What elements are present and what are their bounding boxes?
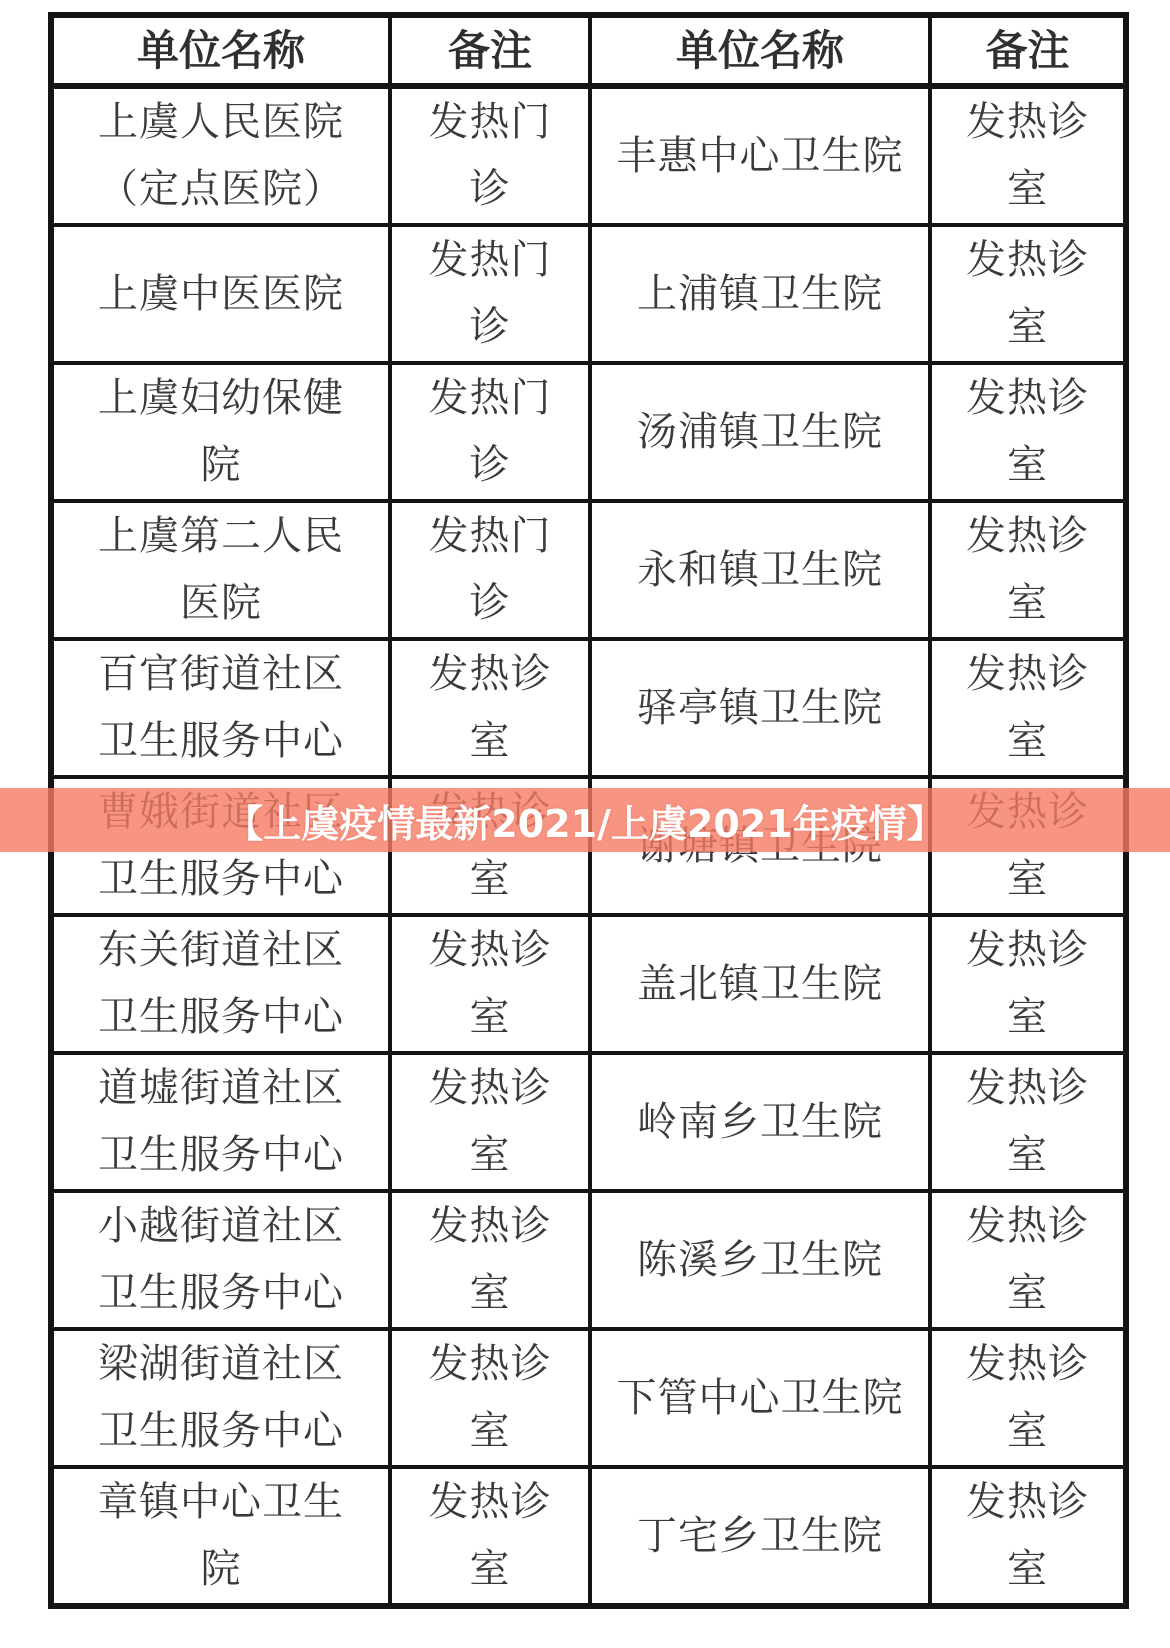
- unit-name-cell: 章镇中心卫生 院: [51, 1467, 390, 1606]
- unit-name-cell: 上虞第二人民 医院: [51, 501, 390, 639]
- unit-name-cell: 百官街道社区 卫生服务中心: [51, 639, 390, 777]
- unit-name-cell: 下管中心卫生院: [590, 1329, 930, 1467]
- unit-name-cell: 梁湖街道社区 卫生服务中心: [51, 1329, 390, 1467]
- remark-cell: 发热诊 室: [390, 639, 590, 777]
- watermark-title: 【上虞疫情最新2021/上虞2021年疫情】: [225, 793, 944, 848]
- remark-cell: 发热诊 室: [390, 1467, 590, 1606]
- table-row: 梁湖街道社区 卫生服务中心 发热诊 室 下管中心卫生院 发热诊 室: [51, 1329, 1126, 1467]
- unit-name-cell: 丰惠中心卫生院: [590, 86, 930, 225]
- unit-name-cell: 永和镇卫生院: [590, 501, 930, 639]
- unit-name-cell: 盖北镇卫生院: [590, 915, 930, 1053]
- remark-cell: 发热诊 室: [930, 915, 1126, 1053]
- unit-name-cell: 岭南乡卫生院: [590, 1053, 930, 1191]
- remark-cell: 发热诊 室: [930, 86, 1126, 225]
- header-remark-left: 备注: [390, 15, 590, 86]
- unit-name-cell: 上虞妇幼保健 院: [51, 363, 390, 501]
- remark-cell: 发热诊 室: [390, 1329, 590, 1467]
- table-row: 上虞第二人民 医院 发热门 诊 永和镇卫生院 发热诊 室: [51, 501, 1126, 639]
- remark-cell: 发热诊 室: [930, 501, 1126, 639]
- remark-cell: 发热诊 室: [390, 1053, 590, 1191]
- remark-cell: 发热诊 室: [930, 639, 1126, 777]
- unit-name-cell: 上虞中医医院: [51, 225, 390, 363]
- remark-cell: 发热门 诊: [390, 363, 590, 501]
- remark-cell: 发热诊 室: [930, 1191, 1126, 1329]
- unit-name-cell: 陈溪乡卫生院: [590, 1191, 930, 1329]
- table-header-row: 单位名称 备注 单位名称 备注: [51, 15, 1126, 86]
- remark-cell: 发热门 诊: [390, 501, 590, 639]
- watermark-banner: 【上虞疫情最新2021/上虞2021年疫情】: [0, 788, 1170, 852]
- table-row: 道墟街道社区 卫生服务中心 发热诊 室 岭南乡卫生院 发热诊 室: [51, 1053, 1126, 1191]
- remark-cell: 发热门 诊: [390, 225, 590, 363]
- unit-name-cell: 驿亭镇卫生院: [590, 639, 930, 777]
- remark-cell: 发热诊 室: [390, 1191, 590, 1329]
- unit-name-cell: 上浦镇卫生院: [590, 225, 930, 363]
- table-row: 上虞人民医院 （定点医院） 发热门 诊 丰惠中心卫生院 发热诊 室: [51, 86, 1126, 225]
- remark-cell: 发热诊 室: [930, 1467, 1126, 1606]
- unit-name-cell: 小越街道社区 卫生服务中心: [51, 1191, 390, 1329]
- table-row: 上虞中医医院 发热门 诊 上浦镇卫生院 发热诊 室: [51, 225, 1126, 363]
- unit-name-cell: 汤浦镇卫生院: [590, 363, 930, 501]
- table-row: 东关街道社区 卫生服务中心 发热诊 室 盖北镇卫生院 发热诊 室: [51, 915, 1126, 1053]
- remark-cell: 发热诊 室: [930, 363, 1126, 501]
- unit-name-cell: 道墟街道社区 卫生服务中心: [51, 1053, 390, 1191]
- remark-cell: 发热诊 室: [930, 1329, 1126, 1467]
- table-row: 百官街道社区 卫生服务中心 发热诊 室 驿亭镇卫生院 发热诊 室: [51, 639, 1126, 777]
- table-row: 上虞妇幼保健 院 发热门 诊 汤浦镇卫生院 发热诊 室: [51, 363, 1126, 501]
- unit-name-cell: 上虞人民医院 （定点医院）: [51, 86, 390, 225]
- header-unit-name-left: 单位名称: [51, 15, 390, 86]
- table-row: 章镇中心卫生 院 发热诊 室 丁宅乡卫生院 发热诊 室: [51, 1467, 1126, 1606]
- remark-cell: 发热诊 室: [930, 225, 1126, 363]
- unit-name-cell: 东关街道社区 卫生服务中心: [51, 915, 390, 1053]
- remark-cell: 发热门 诊: [390, 86, 590, 225]
- header-unit-name-right: 单位名称: [590, 15, 930, 86]
- table-row: 小越街道社区 卫生服务中心 发热诊 室 陈溪乡卫生院 发热诊 室: [51, 1191, 1126, 1329]
- header-remark-right: 备注: [930, 15, 1126, 86]
- unit-name-cell: 丁宅乡卫生院: [590, 1467, 930, 1606]
- remark-cell: 发热诊 室: [930, 1053, 1126, 1191]
- remark-cell: 发热诊 室: [390, 915, 590, 1053]
